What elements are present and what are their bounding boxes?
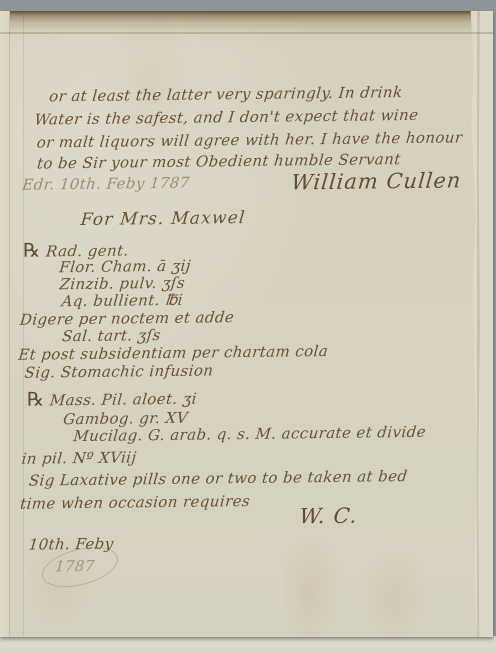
- letter-body-line: or malt liquors will agree with her. I h…: [36, 130, 463, 150]
- letter-body-line: to be Sir your most Obedient humble Serv…: [36, 152, 401, 171]
- recipe1-ingredient: Flor. Cham. ā ʒij: [59, 259, 192, 276]
- recipe2-continuation: in pil. Nº XViij: [21, 450, 137, 466]
- recipe2-ingredient: Mass. Pil. aloet. ʒi: [50, 392, 198, 409]
- recipe1-direction: Sig. Stomachic infusion: [24, 363, 214, 380]
- recipe2-sig-line: time when occasion requires: [19, 494, 250, 512]
- recipe1-ingredient: Aq. bullient. ℔i: [61, 293, 184, 309]
- recipe1-ingredient: Zinzib. pulv. ʒſs: [59, 276, 186, 293]
- recipe2-first-line: ℞Mass. Pil. aloet. ʒi: [27, 389, 198, 410]
- recipe1-direction: Sal. tart. ʒſs: [61, 328, 161, 344]
- recipe1-direction: Digere per noctem et adde: [19, 310, 235, 328]
- letter-body-line: or at least the latter very sparingly. I…: [49, 85, 404, 104]
- recipe2-sig-line: Sig Laxative pills one or two to be take…: [28, 469, 408, 489]
- handwritten-text-block: or at least the latter very sparingly. I…: [0, 8, 496, 640]
- manuscript-page: or at least the latter very sparingly. I…: [0, 11, 493, 637]
- rx-symbol: ℞: [23, 240, 41, 262]
- prescription-heading: For Mrs. Maxwel: [80, 210, 246, 229]
- letter-dateline: Edr. 10th. Feby 1787: [22, 176, 191, 193]
- rx-symbol: ℞: [27, 388, 45, 410]
- signature-william-cullen: William Cullen: [290, 170, 462, 193]
- recipe2-ingredient: Gambog. gr. XV: [62, 411, 188, 428]
- photograph-backdrop: or at least the latter very sparingly. I…: [0, 0, 496, 653]
- letter-body-line: Water is the safest, and I don't expect …: [34, 108, 419, 128]
- recipe2-ingredient: Mucilag. G. arab. q. s. M. accurate et d…: [73, 425, 427, 444]
- initials-wc: W. C.: [298, 506, 358, 528]
- recipe1-direction: Et post subsidentiam per chartam cola: [18, 344, 329, 363]
